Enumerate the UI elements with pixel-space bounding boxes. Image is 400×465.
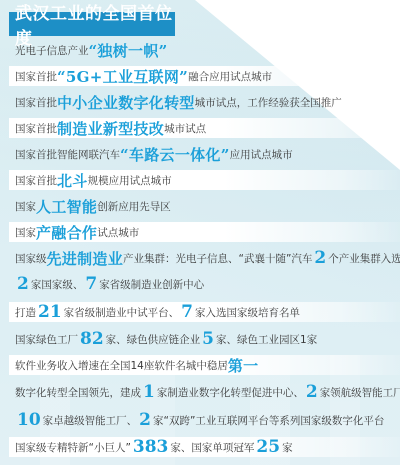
list-item: 数字化转型全国领先，建成1家制造业数字化转型促进中心、2家领航级智能工厂 xyxy=(9,382,400,402)
item-text: 家省级制造业中试平台、 xyxy=(64,305,180,320)
item-text: 国家绿色工厂 xyxy=(15,332,78,347)
item-text: 规模应用试点城市 xyxy=(88,173,172,188)
list-item: 2家国家级、7家省级制造业创新中心 xyxy=(9,274,204,294)
item-text: 试点城市 xyxy=(97,225,139,240)
list-item: 国家首批智能网联汽车“车路云一体化”应用试点城市 xyxy=(9,144,293,164)
item-highlight: 先进制造业 xyxy=(47,248,124,269)
list-item: 光电子信息产业“独树一帜” xyxy=(9,40,168,60)
item-number: 82 xyxy=(80,329,104,349)
title-banner: 武汉工业的全国首位度 xyxy=(9,12,175,36)
item-number: 2 xyxy=(139,410,151,430)
item-text: 家领航级智能工厂 xyxy=(320,385,400,400)
list-item: 打造21家省级制造业中试平台、7家入选国家级培育名单 xyxy=(9,302,400,322)
item-highlight: “车路云一体化” xyxy=(120,144,230,165)
item-text: 家“双跨”工业互联网平台等系列国家级数字化平台 xyxy=(153,413,384,428)
item-number: 7 xyxy=(181,302,193,322)
item-text: 国家首批 xyxy=(15,121,57,136)
item-text: 家省级制造业创新中心 xyxy=(99,277,204,292)
item-number: 10 xyxy=(17,410,41,430)
item-highlight: 人工智能 xyxy=(36,196,97,217)
item-text: 软件业务收入增速在全国14座软件名城中稳居 xyxy=(15,358,228,373)
list-item: 国家级先进制造业产业集群：光电子信息、“武襄十随”汽车2个产业集群入选 xyxy=(9,248,400,268)
item-text: 光电子信息产业 xyxy=(15,43,89,58)
item-text: 国家 xyxy=(15,199,36,214)
list-item: 国家人工智能创新应用先导区 xyxy=(9,196,171,216)
item-number: 2 xyxy=(17,274,29,294)
item-text: 国家 xyxy=(15,225,36,240)
item-text: 国家首批 xyxy=(15,173,57,188)
list-item: 软件业务收入增速在全国14座软件名城中稳居第一 xyxy=(9,355,400,375)
list-item: 国家首批北斗规模应用试点城市 xyxy=(9,170,400,190)
item-text: 数字化转型全国领先，建成 xyxy=(15,385,141,400)
item-highlight: “5G+工业互联网” xyxy=(57,66,188,87)
item-number: 2 xyxy=(314,248,326,268)
item-highlight: 中小企业数字化转型 xyxy=(57,92,195,113)
item-number: 383 xyxy=(133,437,169,457)
item-text: 城市试点，工作经验获全国推广 xyxy=(195,95,342,110)
list-item: 国家产融合作试点城市 xyxy=(9,222,400,242)
item-text: 个产业集群入选 xyxy=(328,251,400,266)
item-highlight: 制造业新型技改 xyxy=(57,118,164,139)
item-highlight: “独树一帜” xyxy=(89,40,168,61)
item-text: 家 xyxy=(282,440,293,455)
item-text: 国家首批智能网联汽车 xyxy=(15,147,120,162)
item-text: 打造 xyxy=(15,305,36,320)
item-text: 产业集群：光电子信息、“武襄十随”汽车 xyxy=(123,251,312,266)
list-item: 国家级专精特新“小巨人”383家、国家单项冠军25家 xyxy=(9,437,400,457)
item-text: 国家首批 xyxy=(15,95,57,110)
item-text: 国家首批 xyxy=(15,69,57,84)
item-number: 5 xyxy=(202,329,214,349)
item-text: 国家级 xyxy=(15,251,47,266)
item-text: 国家级专精特新“小巨人” xyxy=(15,440,131,455)
item-highlight: 产融合作 xyxy=(36,222,97,243)
item-number: 1 xyxy=(143,382,155,402)
item-text: 家国家级、 xyxy=(31,277,84,292)
item-text: 创新应用先导区 xyxy=(97,199,171,214)
item-text: 家、国家单项冠军 xyxy=(170,440,254,455)
item-text: 家、绿色供应链企业 xyxy=(106,332,201,347)
item-text: 融合应用试点城市 xyxy=(188,69,272,84)
list-item: 国家首批中小企业数字化转型城市试点，工作经验获全国推广 xyxy=(9,92,342,112)
list-item: 国家绿色工厂82家、绿色供应链企业5家、绿色工业园区1家 xyxy=(9,329,317,349)
list-item: 国家首批“5G+工业互联网”融合应用试点城市 xyxy=(9,66,400,86)
item-highlight: 第一 xyxy=(228,355,259,376)
item-highlight: 北斗 xyxy=(57,170,88,191)
list-item: 10家卓越级智能工厂、2家“双跨”工业互联网平台等系列国家级数字化平台 xyxy=(9,410,384,430)
list-item: 国家首批制造业新型技改城市试点 xyxy=(9,118,400,138)
item-number: 7 xyxy=(85,274,97,294)
item-number: 2 xyxy=(306,382,318,402)
item-number: 21 xyxy=(38,302,62,322)
item-text: 城市试点 xyxy=(164,121,206,136)
item-text: 家制造业数字化转型促进中心、 xyxy=(157,385,304,400)
item-number: 25 xyxy=(256,437,280,457)
item-text: 家、绿色工业园区1家 xyxy=(216,332,317,347)
item-text: 应用试点城市 xyxy=(230,147,293,162)
item-text: 家入选国家级培育名单 xyxy=(195,305,300,320)
item-text: 家卓越级智能工厂、 xyxy=(43,413,138,428)
